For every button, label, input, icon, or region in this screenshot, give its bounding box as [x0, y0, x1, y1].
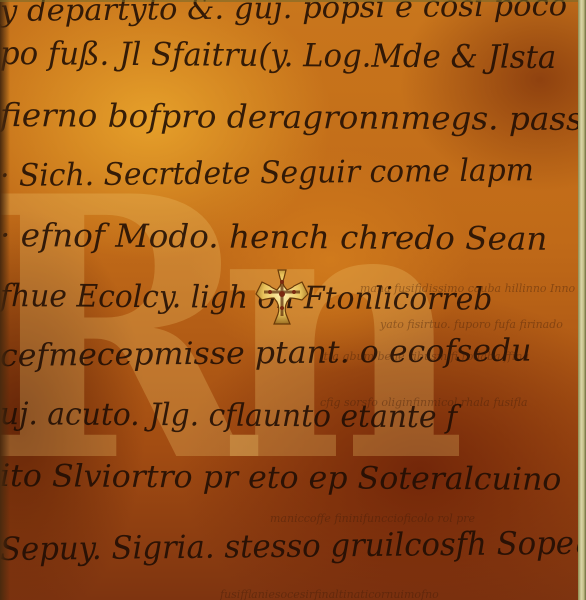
faint-script-line: yato fisirtuo. fuporo fufa firinado — [380, 318, 563, 331]
gold-cross-icon — [254, 268, 310, 328]
faint-script-line: itta gbum bene ribusmifi rodaba ffina — [320, 350, 529, 363]
album-cover-artwork: Rn y departyto &. guj. popsi e cosi poco… — [0, 0, 578, 600]
script-line: ito Slviortro pr eto ep Soteralcuino — [0, 458, 562, 498]
script-line: · efnof Modo. hench chredo Sean — [0, 216, 548, 258]
ghost-gothic-letter: Rn — [0, 150, 429, 510]
right-binding-strip — [578, 0, 586, 600]
script-line: y departyto &. guj. popsi e cosi poco — [0, 0, 567, 29]
script-line: Sepuy. Sigria. stesso gruilcosfh Sopeq — [0, 524, 578, 568]
faint-script-line: mana fusifidissimo cauba hillinno Inno S… — [360, 282, 578, 295]
faint-script-line: cfig sorsfo oliginfinmicol rhala fusifla — [320, 396, 528, 409]
left-shadow-edge — [0, 0, 10, 600]
top-edge — [0, 0, 578, 2]
faint-script-line: maniccoffe fininifunccioficolo rol pre — [270, 512, 475, 525]
script-line: · Sich. Secrtdete Seguir come lapm — [0, 152, 534, 194]
script-line: fierno bofpro deragronnmegs. passag z — [0, 96, 578, 138]
script-line: po fuß. Jl Sfaitru(y. Log.Mde & Jlsta — [0, 34, 556, 76]
faint-script-line: fusifflaniesocesirfinaltinaticornuimofno — [220, 588, 439, 600]
